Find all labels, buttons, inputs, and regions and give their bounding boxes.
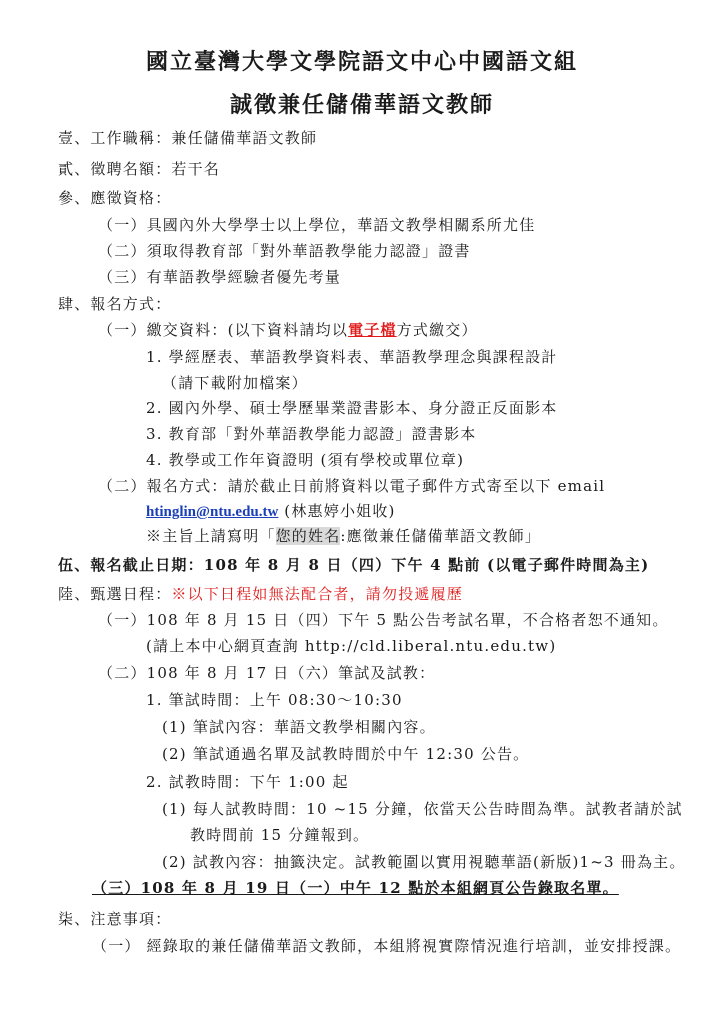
recipient: (林惠婷小姐收) <box>278 502 395 520</box>
section-label: 壹、工作職稱： <box>58 129 171 147</box>
teaching-demo-detail: (2) 試教內容：抽籤決定。試教範圍以實用視聽華語(新版)1~3 冊為主。 <box>162 852 686 872</box>
text: :應徵兼任儲備華語文教師」 <box>340 527 541 545</box>
material-item: 2. 國內外學、碩士學歷畢業證書影本、身分證正反面影本 <box>146 398 557 418</box>
subject-instruction: ※主旨上請寫明「您的姓名:應徵兼任儲備華語文教師」 <box>146 526 541 546</box>
email-link[interactable]: htinglin@ntu.edu.tw <box>146 504 278 520</box>
section-deadline: 伍、報名截止日期：108 年 8 月 8 日（四）下午 4 點前 (以電子郵件時… <box>58 555 649 575</box>
section-notes-label: 柒、注意事項： <box>58 909 171 929</box>
schedule-item-1: （一）108 年 8 月 15 日（四）下午 5 點公告考試名單，不合格者恕不通… <box>98 610 669 630</box>
application-method: （二）報名方式：請於截止日前將資料以電子郵件方式寄至以下 email <box>98 476 605 496</box>
page-subtitle: 誠徵兼任儲備華語文教師 <box>0 88 724 119</box>
schedule-warning: ※以下日程如無法配合者，請勿投遞履歷 <box>171 585 463 603</box>
text: 方式繳交） <box>397 321 478 339</box>
teaching-demo-time: 2. 試教時間：下午 1:00 起 <box>146 772 349 792</box>
section-job-title: 壹、工作職稱：兼任儲備華語文教師 <box>58 128 317 148</box>
written-exam-detail: (2) 筆試通過名單及試教時間於中午 12:30 公告。 <box>162 744 529 764</box>
schedule-item-1-note: (請上本中心網頁查詢 http://cld.liberal.ntu.edu.tw… <box>146 636 556 656</box>
electronic-file-emphasis: 電子檔 <box>348 321 397 339</box>
text: ※主旨上請寫明「 <box>146 527 276 545</box>
material-item: 3. 教育部「對外華語教學能力認證」證書影本 <box>146 424 476 444</box>
written-exam-time: 1. 筆試時間：上午 08:30～10:30 <box>146 690 403 710</box>
qualification-item: （三）有華語教學經驗者優先考量 <box>98 267 341 287</box>
qualification-item: （一）具國內外大學學士以上學位，華語文教學相關系所尤佳 <box>98 215 535 235</box>
material-item-note: （請下載附加檔案） <box>162 373 308 393</box>
section-label: 陸、甄選日程： <box>58 585 171 603</box>
section-application-label: 肆、報名方式： <box>58 294 171 314</box>
section-selection-schedule: 陸、甄選日程：※以下日程如無法配合者，請勿投遞履歷 <box>58 584 463 604</box>
section-value: 兼任儲備華語文教師 <box>171 129 317 147</box>
material-item: 1. 學經歷表、華語教學資料表、華語教學理念與課程設計 <box>146 347 557 367</box>
schedule-item-2: （二）108 年 8 月 17 日（六）筆試及試教： <box>98 663 435 683</box>
section-qualifications-label: 參、應徵資格： <box>58 188 171 208</box>
written-exam-detail: (1) 筆試內容：華語文教學相關內容。 <box>162 717 436 737</box>
section-value: 若干名 <box>171 160 220 178</box>
teaching-demo-detail-cont: 教時間前 15 分鐘報到。 <box>190 825 369 845</box>
email-line: htinglin@ntu.edu.tw (林惠婷小姐收) <box>146 501 396 522</box>
section-quota: 貳、徵聘名額：若干名 <box>58 159 220 179</box>
name-placeholder: 您的姓名 <box>276 527 341 545</box>
text: （一）繳交資料：(以下資料請均以 <box>98 321 348 339</box>
schedule-item-3: （三）108 年 8 月 19 日（一）中午 12 點於本組網頁公告錄取名單。 <box>92 878 619 898</box>
qualification-item: （二）須取得教育部「對外華語教學能力認證」證書 <box>98 241 471 261</box>
teaching-demo-detail: (1) 每人試教時間：10 ~15 分鐘，依當天公告時間為準。試教者請於試 <box>162 799 683 819</box>
note-item: （一） 經錄取的兼任儲備華語文教師，本組將視實際情況進行培訓，並安排授課。 <box>92 936 681 956</box>
section-label: 貳、徵聘名額： <box>58 160 171 178</box>
page-title: 國立臺灣大學文學院語文中心中國語文組 <box>0 45 724 76</box>
material-item: 4. 教學或工作年資證明 (須有學校或單位章) <box>146 450 464 470</box>
application-materials: （一）繳交資料：(以下資料請均以電子檔方式繳交） <box>98 320 478 340</box>
